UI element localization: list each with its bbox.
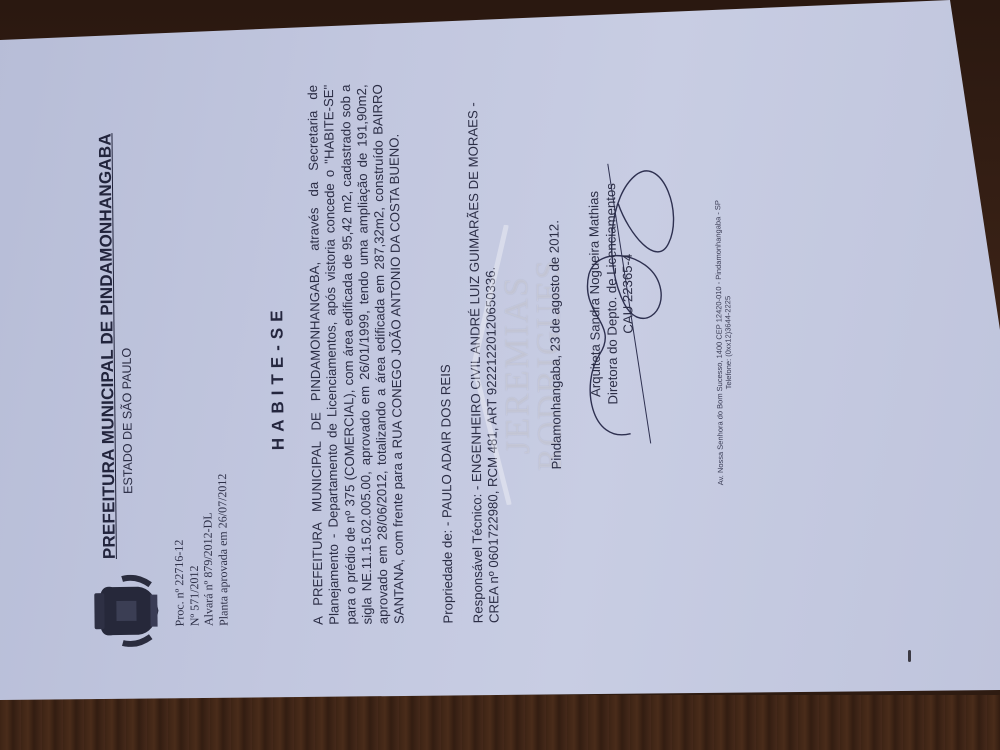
- reference-block: Proc. nº 22716-12 Nº 571/2012 Alvará nº …: [171, 474, 231, 627]
- issuer-subtitle: ESTADO DE SÃO PAULO: [120, 348, 136, 494]
- issuer-title: PREFEITURA MUNICIPAL DE PINDAMONHANGABA: [95, 133, 119, 559]
- signature-block: Arquiteta Sandra Nogueira Mathias Direto…: [586, 144, 639, 445]
- plan-approval-date: Planta aprovada em 26/07/2012: [215, 474, 231, 626]
- process-number: Proc. nº 22716-12: [171, 474, 187, 626]
- document-page: PREFEITURA MUNICIPAL DE PINDAMONHANGABA …: [47, 70, 953, 679]
- footer: Av. Nossa Senhora do Bom Sucesso, 1400 C…: [712, 133, 734, 553]
- paper-mark: [908, 650, 911, 662]
- permit-number: Alvará nº 879/2012-DL: [200, 474, 216, 626]
- signatory-registration: CAU 22365-4: [619, 144, 639, 444]
- coat-of-arms-icon: [92, 575, 165, 648]
- wooden-table-surface: [0, 695, 1000, 750]
- signatory-role: Diretora do Depto. de Licenciamentos: [602, 144, 622, 444]
- owner-line: Propriedade de: - PAULO ADAIR DOS REIS: [438, 364, 456, 623]
- document-number: Nº 571/2012: [186, 474, 202, 626]
- document-heading: HABITE-SE: [265, 77, 291, 677]
- place-and-date: Pindamonhangaba, 23 de agosto de 2012.: [546, 220, 564, 469]
- document-paper: PREFEITURA MUNICIPAL DE PINDAMONHANGABA …: [0, 0, 1000, 750]
- body-text: A PREFEITURA MUNICIPAL DE PINDAMONHANGAB…: [305, 84, 421, 625]
- body-paragraph: A PREFEITURA MUNICIPAL DE PINDAMONHANGAB…: [305, 84, 408, 625]
